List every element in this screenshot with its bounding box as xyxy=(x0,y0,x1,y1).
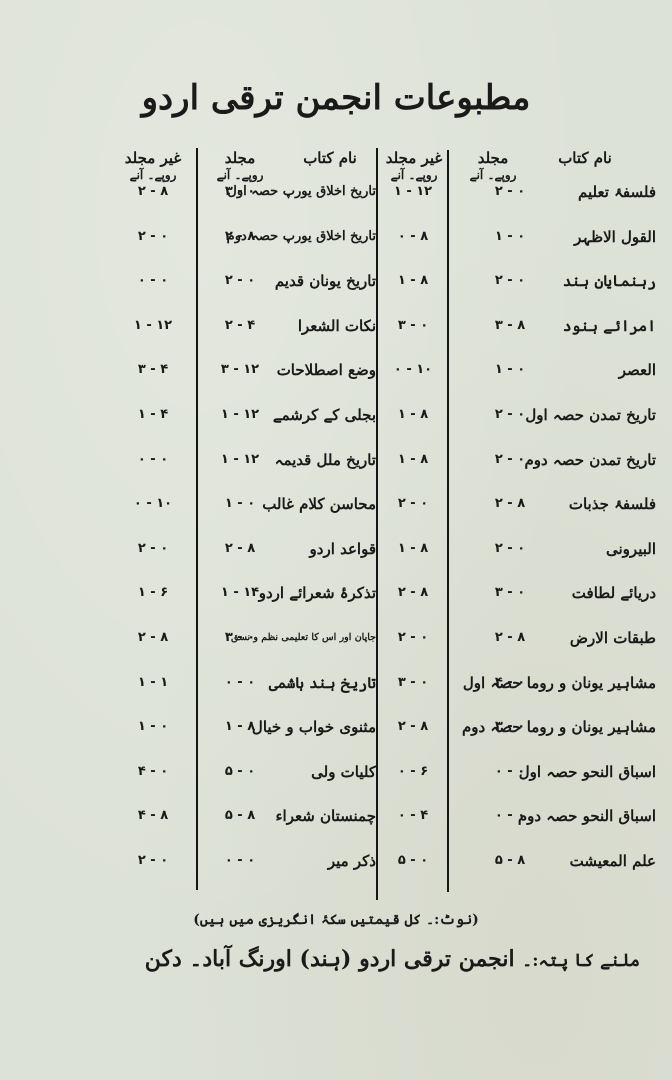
right-unbound-price: ۱ - ۸ xyxy=(380,261,446,301)
left-unbound-price: ۱ - ۰ xyxy=(110,707,196,747)
left-bound-price: ۵ - ۸ xyxy=(200,796,280,836)
right-unbound-price: ۳ - ۰ xyxy=(380,306,446,346)
right-bound-price: ۲ - ۰ xyxy=(470,172,550,212)
right-unbound-price: ۵ - ۰ xyxy=(380,841,446,881)
left-bound-price: ۱ - ۰ xyxy=(200,484,280,524)
table-row: البیرونی۲ - ۰۱ - ۸قواعد اردو۲ - ۸۲ - ۰ xyxy=(0,529,672,569)
right-unbound-price: ۰ - ۶ xyxy=(380,752,446,792)
left-name-header: نام کتاب xyxy=(280,150,380,167)
right-bound-price: ۲ - ۸ xyxy=(470,618,550,658)
right-unbound-price: ۰ - ۸ xyxy=(380,217,446,257)
right-unbound-price: ۳ - ۰ xyxy=(380,663,446,703)
table-row: مشاہیر یونان و روما حصہ اول۴ - ۰۳ - ۰تار… xyxy=(0,663,672,703)
right-bound-price: ۳ - ۸ xyxy=(470,306,550,346)
right-bound-price: ۱ - ۰ xyxy=(470,217,550,257)
left-unbound-price: ۰ - ۰ xyxy=(110,440,196,480)
right-bound-price: ۲ - ۰ xyxy=(470,395,550,435)
left-unbound-price: ۲ - ۸ xyxy=(110,618,196,658)
right-bound-price: ۵ - ۸ xyxy=(470,841,550,881)
left-unbound-price: ۱ - ۶ xyxy=(110,573,196,613)
left-unbound-price: ۲ - ۰ xyxy=(110,529,196,569)
right-bound-price: ۲ - ۰ xyxy=(470,261,550,301)
left-bound-price: ۱ - ۸ xyxy=(200,707,280,747)
left-bound-price: ۰ - ۰ xyxy=(200,663,280,703)
address-text: انجمن ترقی اردو (ہند) اورنگ آباد۔ دکن xyxy=(145,946,515,972)
table-row: دریائے لطافت۳ - ۰۲ - ۸تذکرۂ شعرائے اردو۱… xyxy=(0,573,672,613)
scanned-page: مطبوعات انجمن ترقی اردو نام کتاب مجلد رو… xyxy=(0,0,672,1080)
left-unbound-price: ۴ - ۰ xyxy=(110,752,196,792)
left-unbound-price: ۱ - ۱ xyxy=(110,663,196,703)
right-bound-price: ۲ - ۰ xyxy=(470,440,550,480)
right-unbound-price: ۲ - ۸ xyxy=(380,573,446,613)
right-bound-price: ۳ - ۰ xyxy=(470,707,550,747)
table-row: رہنمایان ہند۲ - ۰۱ - ۸تاریخ یونان قدیم۲ … xyxy=(0,261,672,301)
left-unbound-price: ۲ - ۰ xyxy=(110,217,196,257)
table-row: اسباق النحو حصہ اول۰ - ۰۰ - ۶کلیات ولی۵ … xyxy=(0,752,672,792)
left-unbound-price: ۳ - ۴ xyxy=(110,350,196,390)
right-bound-price: ۰ - ۰ xyxy=(470,752,550,792)
left-bound-price: ۲ - ۸ xyxy=(200,529,280,569)
left-unbound-price: ۲ - ۸ xyxy=(110,172,196,212)
table-row: فلسفۂ جذبات۲ - ۸۲ - ۰محاسن کلام غالب۱ - … xyxy=(0,484,672,524)
header-label: نام کتاب xyxy=(280,150,380,167)
left-bound-price: ۲ - ۸ xyxy=(200,217,280,257)
table-row: القول الاظہر۱ - ۰۰ - ۸تاریخ اخلاق یورپ ح… xyxy=(0,217,672,257)
table-row: مشاہیر یونان و روما حصہ دوم۳ - ۰۲ - ۸مثن… xyxy=(0,707,672,747)
page-title: مطبوعات انجمن ترقی اردو xyxy=(0,78,672,118)
left-bound-price: ۵ - ۰ xyxy=(200,752,280,792)
right-unbound-price: ۲ - ۰ xyxy=(380,484,446,524)
left-bound-price: ۱ - ۱۴ xyxy=(200,573,280,613)
left-unbound-price: ۲ - ۰ xyxy=(110,841,196,881)
left-unbound-price: ۱ - ۴ xyxy=(110,395,196,435)
table-row: اسباق النحو حصہ دوم۰ - ۰۰ - ۴چمنستان شعر… xyxy=(0,796,672,836)
address-line: ملنے کا پتہ:۔ انجمن ترقی اردو (ہند) اورن… xyxy=(120,946,640,972)
left-unbound-price: ۴ - ۸ xyxy=(110,796,196,836)
price-note: (نوٹ:۔ کل قیمتیں سکۂ انگریزی میں ہیں) xyxy=(0,912,672,928)
left-unbound-price: ۰ - ۱۰ xyxy=(110,484,196,524)
right-unbound-price: ۱ - ۸ xyxy=(380,529,446,569)
right-unbound-price: ۲ - ۰ xyxy=(380,618,446,658)
header-label: غیر مجلد xyxy=(110,150,196,167)
left-unbound-price: ۰ - ۰ xyxy=(110,261,196,301)
right-bound-price: ۲ - ۰ xyxy=(470,529,550,569)
left-bound-price: ۲ - ۰ xyxy=(200,261,280,301)
address-label: ملنے کا پتہ:۔ xyxy=(522,951,640,971)
right-bound-price: ۲ - ۸ xyxy=(470,484,550,524)
left-bound-price: ۲ - ۴ xyxy=(200,306,280,346)
left-unbound-price: ۱ - ۱۲ xyxy=(110,306,196,346)
left-bound-price: ۳ - ۱۲ xyxy=(200,350,280,390)
right-bound-price: ۱ - ۰ xyxy=(470,350,550,390)
header-label: غیر مجلد xyxy=(378,150,450,167)
right-unbound-price: ۲ - ۸ xyxy=(380,707,446,747)
header-label: مجلد xyxy=(458,150,528,167)
right-unbound-price: ۱ - ۱۲ xyxy=(380,172,446,212)
left-bound-price: ۳ - ۰ xyxy=(200,172,280,212)
right-unbound-price: ۱ - ۸ xyxy=(380,440,446,480)
table-row: امرائے ہنود۳ - ۸۳ - ۰نکات الشعرا۲ - ۴۱ -… xyxy=(0,306,672,346)
table-row: علم المعیشت۵ - ۸۵ - ۰ذکر میر۰ - ۰۲ - ۰ xyxy=(0,841,672,881)
left-bound-price: ۰ - ۰ xyxy=(200,841,280,881)
header-label: مجلد xyxy=(200,150,280,167)
right-unbound-price: ۰ - ۱۰ xyxy=(380,350,446,390)
table-row: فلسفۂ تعلیم۲ - ۰۱ - ۱۲تاریخ اخلاق یورپ ح… xyxy=(0,172,672,212)
right-bound-price: ۴ - ۰ xyxy=(470,663,550,703)
header-label: نام کتاب xyxy=(520,150,650,167)
left-bound-price: ۱ - ۱۲ xyxy=(200,395,280,435)
right-unbound-price: ۱ - ۸ xyxy=(380,395,446,435)
table-row: تاریخ تمدن حصہ دوم۲ - ۰۱ - ۸تاریخ ملل قد… xyxy=(0,440,672,480)
right-bound-price: ۳ - ۰ xyxy=(470,573,550,613)
right-bound-price: ۰ - ۰ xyxy=(470,796,550,836)
left-bound-price: ۳ - ۰ xyxy=(200,618,280,658)
table-row: طبقات الارض۲ - ۸۲ - ۰جاپان اور اس کا تعل… xyxy=(0,618,672,658)
table-row: العصر۱ - ۰۰ - ۱۰وضع اصطلاحات۳ - ۱۲۳ - ۴ xyxy=(0,350,672,390)
right-name-header: نام کتاب xyxy=(520,150,650,167)
table-row: تاریخ تمدن حصہ اول۲ - ۰۱ - ۸بجلی کے کرشم… xyxy=(0,395,672,435)
left-bound-price: ۱ - ۱۲ xyxy=(200,440,280,480)
right-unbound-price: ۰ - ۴ xyxy=(380,796,446,836)
